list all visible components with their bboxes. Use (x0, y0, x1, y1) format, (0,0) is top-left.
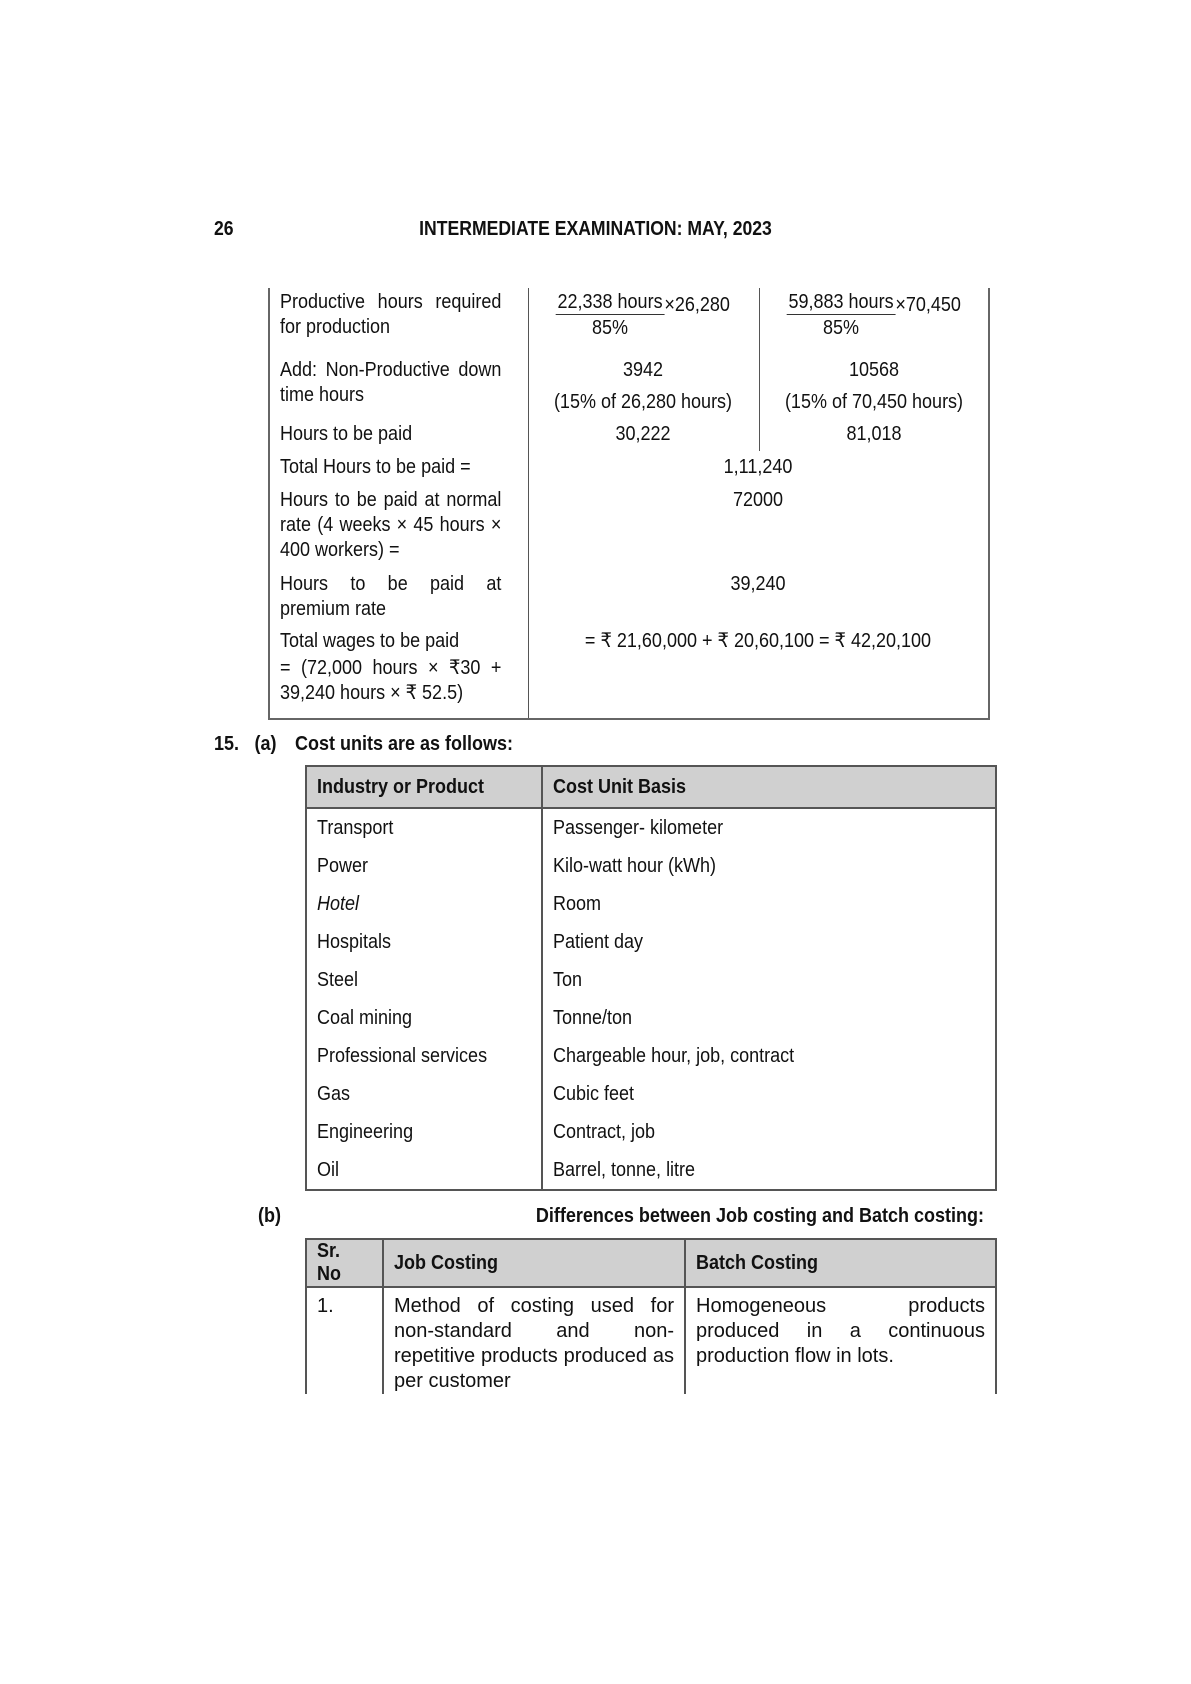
table-row: HotelRoom (306, 885, 996, 923)
running-title: INTERMEDIATE EXAMINATION: MAY, 2023 (71, 218, 1119, 241)
table-row: TransportPassenger- kilometer (306, 808, 996, 847)
productive-hours-formula-2: 59,883 hours 85% ×70,450 (760, 290, 988, 341)
table-row: Professional servicesChargeable hour, jo… (306, 1037, 996, 1075)
fraction-numerator: 22,338 hours (556, 290, 665, 315)
total-wages-value: = ₹ 21,60,000 + ₹ 20,60,100 = ₹ 42,20,10… (551, 629, 965, 654)
industry-cell: Power (306, 847, 542, 885)
question-number: 15. (214, 733, 239, 756)
column-divider (528, 288, 529, 718)
row-label-downtime: Add: Non-Productive down time hours (280, 358, 501, 408)
cost-unit-cell: Barrel, tonne, litre (542, 1151, 996, 1190)
downtime-value-1: 3942 (540, 358, 747, 383)
fraction-numerator: 59,883 hours (787, 290, 896, 315)
wage-calculation-table: Productive hours required for production… (268, 288, 990, 720)
row-label-normal-rate: Hours to be paid at normal rate (4 weeks… (280, 488, 501, 563)
cost-unit-cell: Kilo-watt hour (kWh) (542, 847, 996, 885)
sr-no-cell: 1. (306, 1287, 383, 1394)
header-industry: Industry or Product (306, 766, 542, 808)
header-job-costing: Job Costing (383, 1239, 685, 1287)
cost-unit-cell: Passenger- kilometer (542, 808, 996, 847)
normal-rate-value: 72000 (551, 488, 965, 513)
productive-hours-formula-1: 22,338 hours 85% ×26,280 (528, 290, 758, 341)
industry-cell: Professional services (306, 1037, 542, 1075)
job-vs-batch-costing-table: Sr. No Job Costing Batch Costing 1.Metho… (305, 1238, 997, 1394)
table-row: SteelTon (306, 961, 996, 999)
part-b-title: Differences between Job costing and Batc… (0, 1205, 1191, 1228)
table-row: PowerKilo-watt hour (kWh) (306, 847, 996, 885)
multiplier: ×70,450 (896, 293, 962, 318)
row-label-premium-rate: Hours to be paid at premium rate (280, 572, 501, 622)
total-wages-label: Total wages to be paid (280, 629, 501, 654)
fraction-denominator: 85% (823, 315, 859, 341)
premium-rate-value: 39,240 (551, 572, 965, 597)
part-a-label: (a) (255, 733, 277, 756)
industry-cell: Engineering (306, 1113, 542, 1151)
fraction-denominator: 85% (592, 315, 628, 341)
row-label-total-wages: Total wages to be paid = (72,000 hours ×… (280, 629, 501, 706)
table-row: GasCubic feet (306, 1075, 996, 1113)
cost-unit-cell: Tonne/ton (542, 999, 996, 1037)
downtime-note-1: (15% of 26,280 hours) (540, 390, 747, 415)
industry-cell: Coal mining (306, 999, 542, 1037)
cost-unit-cell: Room (542, 885, 996, 923)
total-wages-formula: = (72,000 hours × ₹30 + 39,240 hours × ₹… (280, 656, 501, 706)
table-header-row: Sr. No Job Costing Batch Costing (306, 1239, 996, 1287)
table-row: HospitalsPatient day (306, 923, 996, 961)
header-batch-costing: Batch Costing (685, 1239, 996, 1287)
cost-unit-cell: Contract, job (542, 1113, 996, 1151)
downtime-value-2: 10568 (771, 358, 976, 383)
table-row: Coal miningTonne/ton (306, 999, 996, 1037)
industry-cell: Hospitals (306, 923, 542, 961)
total-hours-value: 1,11,240 (551, 455, 965, 480)
hours-paid-1: 30,222 (540, 422, 747, 447)
cost-units-table: Industry or Product Cost Unit Basis Tran… (305, 765, 997, 1191)
table-header-row: Industry or Product Cost Unit Basis (306, 766, 996, 808)
table-row: EngineeringContract, job (306, 1113, 996, 1151)
header-sr-no: Sr. No (306, 1239, 383, 1287)
industry-cell: Gas (306, 1075, 542, 1113)
table-row: 1.Method of costing used for non-standar… (306, 1287, 996, 1394)
industry-cell: Transport (306, 808, 542, 847)
industry-cell: Oil (306, 1151, 542, 1190)
industry-cell: Steel (306, 961, 542, 999)
multiplier: ×26,280 (665, 293, 731, 318)
hours-paid-2: 81,018 (771, 422, 976, 447)
industry-cell: Hotel (306, 885, 542, 923)
cost-unit-cell: Cubic feet (542, 1075, 996, 1113)
row-label-productive-hours: Productive hours required for production (280, 290, 501, 340)
row-label-total-hours: Total Hours to be paid = (280, 455, 501, 480)
part-a-title: Cost units are as follows: (295, 733, 513, 756)
batch-costing-cell: Homogeneous products produced in a conti… (685, 1287, 996, 1394)
table-row: OilBarrel, tonne, litre (306, 1151, 996, 1190)
cost-unit-cell: Chargeable hour, job, contract (542, 1037, 996, 1075)
row-label-hours-paid: Hours to be paid (280, 422, 501, 447)
cost-unit-cell: Ton (542, 961, 996, 999)
job-costing-cell: Method of costing used for non-standard … (383, 1287, 685, 1394)
downtime-note-2: (15% of 70,450 hours) (771, 390, 976, 415)
header-cost-unit: Cost Unit Basis (542, 766, 996, 808)
cost-unit-cell: Patient day (542, 923, 996, 961)
